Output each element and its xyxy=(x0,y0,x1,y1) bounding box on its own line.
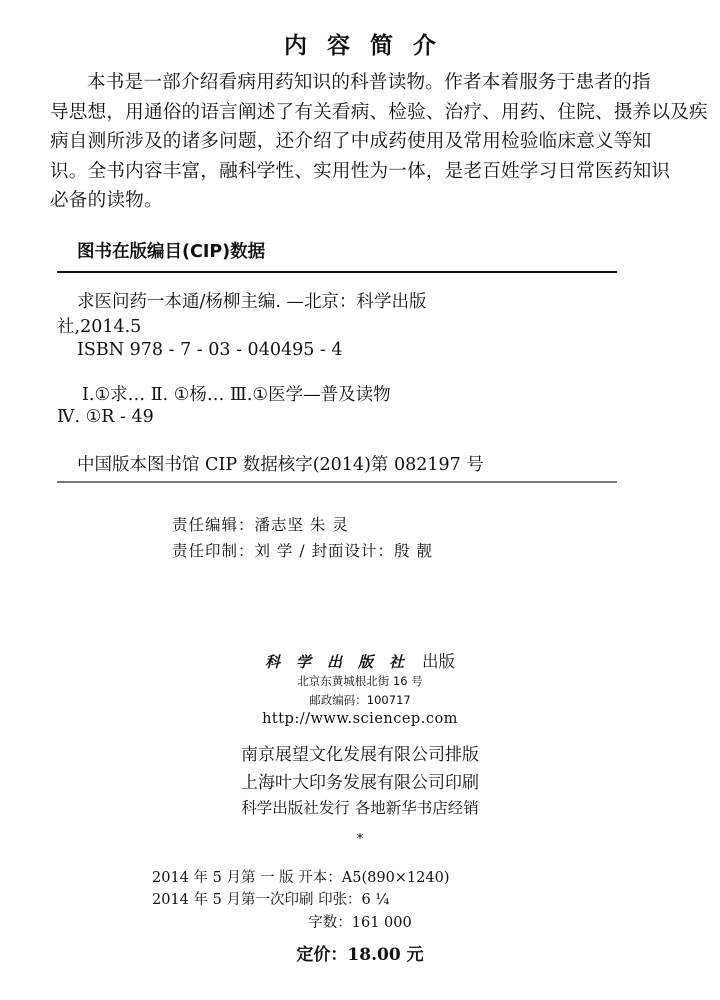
distribution: 科学出版社发行 各地新华书店经销 xyxy=(0,796,720,818)
synopsis-line: 病自测所涉及的诸多问题，还介绍了中成药使用及常用检验临床意义等知 xyxy=(50,127,644,157)
first-edition-line: 2014 年 5 月第 一 版 开本：A5(890×1240) xyxy=(152,866,450,887)
cip-classification-2: Ⅳ. ①R - 49 xyxy=(57,407,154,427)
cip-isbn: ISBN 978 - 7 - 03 - 040495 - 4 xyxy=(77,340,343,360)
publisher-line: 科学出版社出版 xyxy=(0,648,720,672)
cip-title-line: 求医问药一本通/杨柳主编. —北京：科学出版 xyxy=(77,288,427,313)
price: 定价：18.00 元 xyxy=(0,940,720,965)
cip-bottom-rule xyxy=(57,481,617,483)
cip-top-rule xyxy=(57,271,617,273)
responsible-editors: 责任编辑：潘志坚 朱 灵 xyxy=(172,513,349,535)
synopsis-paragraph: 本书是一部介绍看病用药知识的科普读物。作者本着服务于患者的指 导思想，用通俗的语… xyxy=(50,68,644,216)
printer: 上海叶大印务发展有限公司印刷 xyxy=(0,768,720,793)
typesetter: 南京展望文化发展有限公司排版 xyxy=(0,740,720,765)
publisher-logo-text: 科学出版社 xyxy=(265,653,420,671)
first-printing-line: 2014 年 5 月第一次印刷 印张：6 ¼ xyxy=(152,888,389,909)
publisher-address: 北京东黄城根北街 16 号 xyxy=(0,673,720,689)
publisher-suffix: 出版 xyxy=(422,652,455,671)
separator-asterisk: * xyxy=(0,832,720,847)
cip-library-record: 中国版本图书馆 CIP 数据核字(2014)第 082197 号 xyxy=(77,451,484,476)
postal-code: 邮政编码：100717 xyxy=(0,692,720,708)
cip-heading: 图书在版编目(CIP)数据 xyxy=(77,238,265,263)
word-count: 字数：161 000 xyxy=(0,911,720,932)
synopsis-line: 导思想，用通俗的语言阐述了有关看病、检验、治疗、用药、住院、摄养以及疾 xyxy=(50,98,644,128)
print-cover-credits: 责任印制：刘 学 / 封面设计：殷 靓 xyxy=(172,539,433,561)
synopsis-line: 必备的读物。 xyxy=(50,186,644,216)
cip-publisher-line: 社,2014.5 xyxy=(57,313,141,338)
synopsis-line: 识。全书内容丰富，融科学性、实用性为一体，是老百姓学习日常医药知识 xyxy=(50,157,644,187)
page-title: 内容简介 xyxy=(0,27,720,60)
synopsis-line: 本书是一部介绍看病用药知识的科普读物。作者本着服务于患者的指 xyxy=(50,68,644,98)
cip-classification: Ⅰ.①求… Ⅱ. ①杨… Ⅲ.①医学—普及读物 xyxy=(82,381,391,406)
publisher-url: http://www.sciencep.com xyxy=(0,711,720,727)
